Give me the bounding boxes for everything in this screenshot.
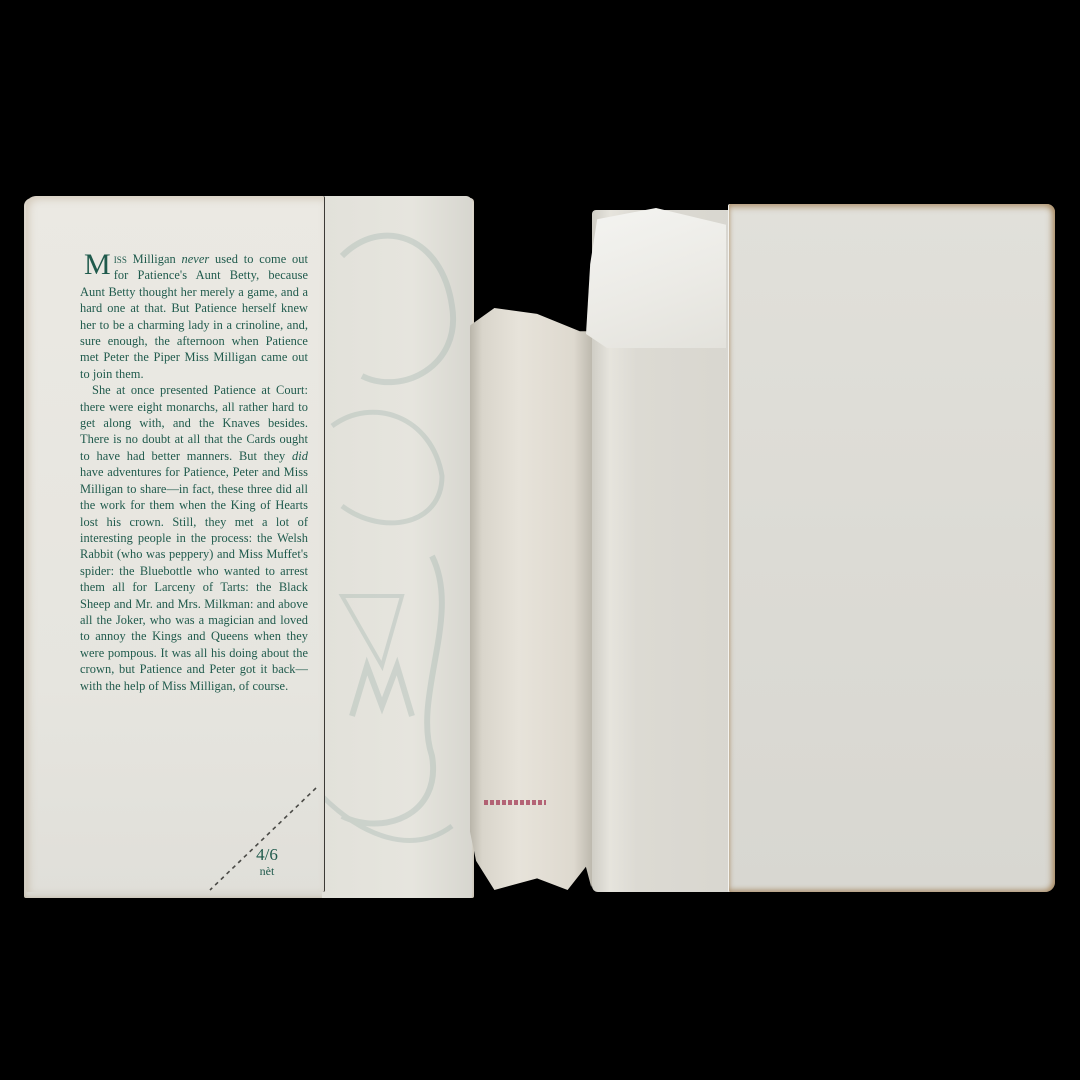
blurb-paragraph-1: Miss Milligan never used to come out for…: [80, 251, 308, 382]
price-label: 4/6 nèt: [242, 846, 292, 878]
blurb-text: Milligan: [127, 252, 182, 266]
back-flap: [728, 204, 1055, 892]
front-flap: Miss Milligan never used to come out for…: [26, 196, 325, 892]
blurb-text: have adventures for Patience, Peter and …: [80, 465, 308, 692]
flap-blurb: Miss Milligan never used to come out for…: [80, 251, 308, 694]
price-clip-dashed-line-icon: [206, 786, 326, 896]
price-net: nèt: [242, 864, 292, 878]
price-amount: 4/6: [242, 846, 292, 864]
dust-jacket-spine: [470, 308, 592, 890]
drop-cap: M: [84, 253, 111, 277]
blurb-paragraph-2: She at once presented Patience at Court:…: [80, 382, 308, 694]
show-through-illustration-icon: [322, 196, 472, 896]
opening-smallcaps: iss: [114, 252, 127, 266]
spine-stamp-mark: [484, 800, 546, 805]
blurb-emphasis: never: [182, 252, 210, 266]
front-cover-reverse: [322, 196, 472, 898]
blurb-text: used to come out for Patience's Aunt Bet…: [80, 252, 308, 381]
blurb-emphasis: did: [292, 449, 308, 463]
torn-corner: [586, 208, 726, 348]
blurb-text: She at once presented Patience at Court:…: [80, 383, 308, 463]
